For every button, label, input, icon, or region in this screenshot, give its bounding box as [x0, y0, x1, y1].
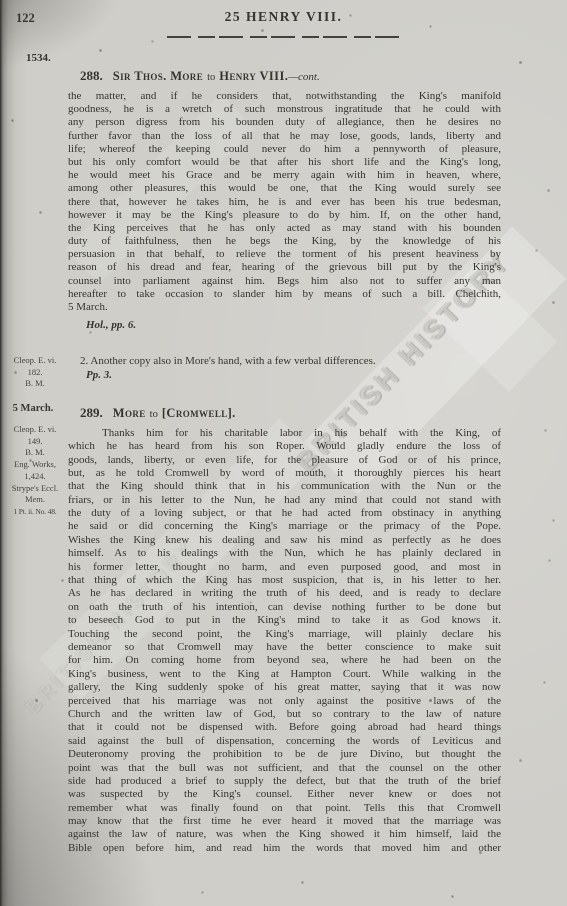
text-line: against the law of nature, was when the … — [68, 828, 501, 841]
text-line: the duty of a loving subject, or that he… — [68, 507, 501, 520]
text-line: however it may be the King's pleasure to… — [68, 209, 501, 222]
text-line: Thanks him for his charitable labor in h… — [68, 427, 501, 440]
page-content: 122 25 HENRY VIII. 1534. Cleop. E. vi.18… — [0, 0, 567, 906]
text-line: among other pleasures, this would be one… — [68, 182, 501, 195]
text-line: goodness, he is a wretch of such monstro… — [68, 103, 501, 116]
entry-288-body: the matter, and if he considers that, no… — [68, 90, 501, 314]
margin-note-line: 149. — [2, 436, 68, 448]
text-line: that the King should think that in his c… — [68, 480, 501, 493]
text-line: but, as he told Cromwell by word of mout… — [68, 467, 501, 480]
text-line: may know that the first time he ever hea… — [68, 815, 501, 828]
text-line: for him. On coming home from beyond sea,… — [68, 654, 501, 667]
entry-289-number: 289. — [80, 405, 103, 420]
entry-288-cont-label: —cont. — [288, 71, 319, 83]
text-line: Church and the written law of God, but s… — [68, 708, 501, 721]
entry-289-connector: to — [150, 409, 158, 420]
entry-289-heading: 289.Moreto[Cromwell]. — [68, 405, 501, 422]
margin-date-289: 5 March. — [0, 403, 66, 414]
text-line: reason of his dread and fear, hearing of… — [68, 261, 501, 274]
entry-288-copy-pages-note: Pp. 3. — [68, 369, 501, 382]
running-header-title: 25 HENRY VIII. — [0, 9, 567, 25]
margin-note-line: B. M. — [2, 378, 68, 390]
text-line: friars, or in his letter to the Nun, he … — [68, 494, 501, 507]
text-line: he would meet his Grace and be merry aga… — [68, 169, 501, 182]
text-line: King's business, went to the King at Ham… — [68, 668, 501, 681]
margin-year-label: 1534. — [26, 52, 51, 64]
text-line: goods, lands, liberty, or even life, for… — [68, 454, 501, 467]
main-text-column: 288.Sir Thos. MoretoHenry VIII.—cont. th… — [68, 68, 501, 855]
text-line: Wishes the King knew his dealing and saw… — [68, 534, 501, 547]
entry-288-copy-note: 2. Another copy also in More's hand, wit… — [68, 355, 501, 368]
entry-288-source-note: Hol., pp. 6. — [68, 319, 501, 332]
text-line: further favor than the loss of all that … — [68, 130, 501, 143]
text-line: any person digress from his bounden duty… — [68, 116, 501, 129]
text-line: that thing of which the King has most su… — [68, 574, 501, 587]
text-line: but his only comfort would be that after… — [68, 156, 501, 169]
text-line: side had produced a brief to supply the … — [68, 775, 501, 788]
entry-288-recipient: Henry VIII. — [219, 69, 288, 83]
margin-note-block-288-copy: Cleop. E. vi.182.B. M. — [2, 355, 68, 390]
margin-note-line: 182. — [2, 367, 68, 379]
margin-note-line: 1,424. — [2, 471, 68, 483]
text-line: perceived that his marriage was not only… — [68, 695, 501, 708]
text-line: on oath the truth of his intention, can … — [68, 601, 501, 614]
scanned-document-page: BRITISH HISTORY BRITISH HISTORY 122 25 H… — [0, 0, 567, 906]
text-line: duty of faithfulness, then he begs the K… — [68, 235, 501, 248]
margin-note-line: Strype's Eccl. — [2, 483, 68, 495]
text-line: As he has declared in writing the truth … — [68, 587, 501, 600]
text-line: said against the bull of dispensation, c… — [68, 735, 501, 748]
text-line: Touching the second point, the King's ma… — [68, 628, 501, 641]
text-line: life; whereof the keeping could never do… — [68, 143, 501, 156]
text-line: he said or did concerning the King's mar… — [68, 520, 501, 533]
text-line: demeanor so that Cromwell may have the b… — [68, 641, 501, 654]
entry-289-recipient: [Cromwell]. — [162, 406, 236, 420]
margin-note-line: Eng. Works, — [2, 459, 68, 471]
margin-note-line: B. M. — [2, 447, 68, 459]
text-line: his former letter, thought no harm, and … — [68, 561, 501, 574]
text-line: Bible open before him, and read him the … — [68, 842, 501, 855]
text-line: gallery, the King suddenly spoke of his … — [68, 681, 501, 694]
text-line: persuasion in that behalf, to relieve th… — [68, 248, 501, 261]
entry-288-sender: Sir Thos. More — [113, 69, 203, 83]
text-line: there that, however he takes him, he is … — [68, 196, 501, 209]
entry-288-number: 288. — [80, 68, 103, 83]
header-rule — [167, 36, 400, 38]
entry-289-sender: More — [113, 406, 146, 420]
text-line: the matter, and if he considers that, no… — [68, 90, 501, 103]
text-line: Deuteronomy proving the prohibition to b… — [68, 748, 501, 761]
entry-289-body: Thanks him for his charitable labor in h… — [68, 427, 501, 856]
margin-note-block-289: Cleop. E. vi.149.B. M.Eng. Works,1,424.S… — [2, 424, 68, 518]
text-line: himself. As to his dealings with the Nun… — [68, 547, 501, 560]
margin-note-line: Cleop. E. vi. — [2, 424, 68, 436]
margin-note-line: Cleop. E. vi. — [2, 355, 68, 367]
text-line: the King perceives that he has only acte… — [68, 222, 501, 235]
margin-note-line: 1 Pt. ii. No. 48. — [2, 506, 68, 518]
text-line: counsel into parliament against him. Beg… — [68, 275, 501, 288]
text-line: to beseech God to put in the King's mind… — [68, 614, 501, 627]
text-line: hereafter to take occasion to slander hi… — [68, 288, 501, 301]
text-line: remember what was finally found on that … — [68, 802, 501, 815]
text-line: was suspected by the King's counsel. Eit… — [68, 788, 501, 801]
entry-288-connector: to — [207, 72, 215, 83]
text-line: that it could not be dispensed with. Bef… — [68, 721, 501, 734]
text-line: 5 March. — [68, 301, 501, 314]
entry-288-heading: 288.Sir Thos. MoretoHenry VIII.—cont. — [68, 68, 501, 85]
text-line: which he has heard from his son Roper. W… — [68, 440, 501, 453]
margin-note-line: Mem. — [2, 494, 68, 506]
text-line: point was that the bull was not sufficie… — [68, 762, 501, 775]
